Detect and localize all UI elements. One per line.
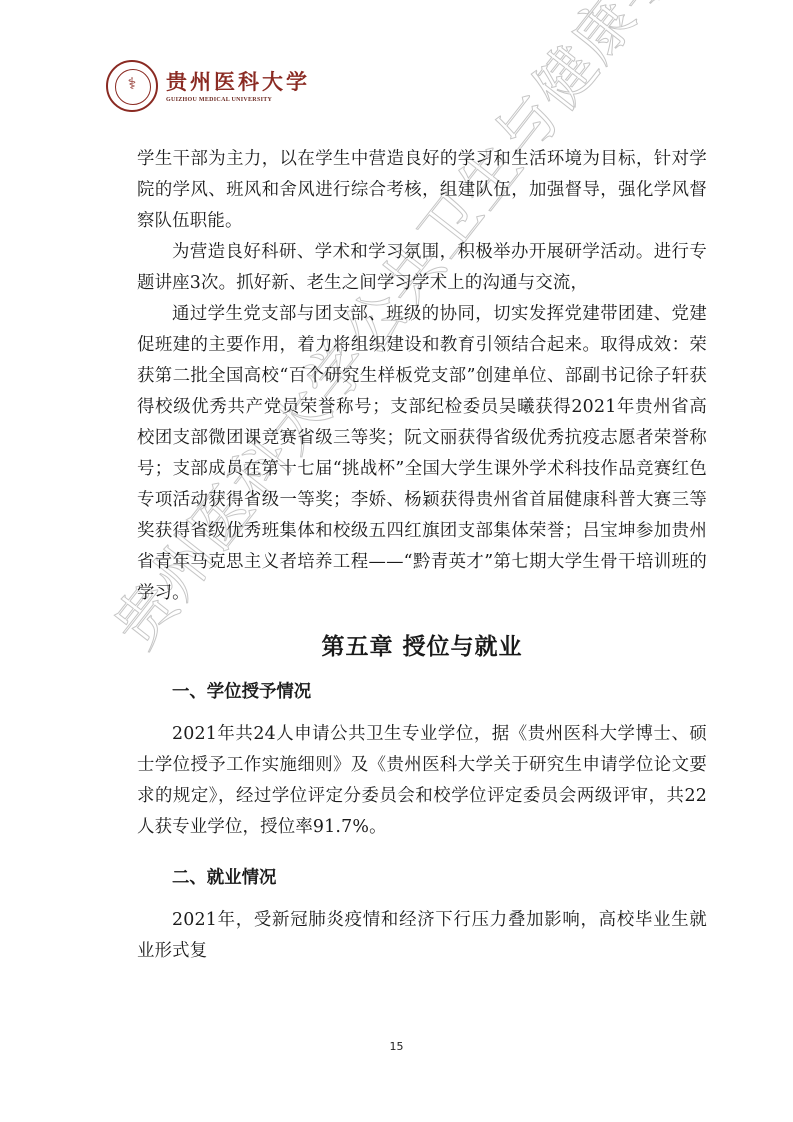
paragraph: 2021年共24人申请公共卫生专业学位，据《贵州医科大学博士、硕士学位授予工作实… — [137, 719, 707, 843]
caduceus-icon: ⚕ — [108, 76, 156, 92]
university-name-en: GUIZHOU MEDICAL UNIVERSITY — [166, 97, 310, 103]
page-number: 15 — [0, 1040, 793, 1053]
document-body: 学生干部为主力，以在学生中营造良好的学习和生活环境为目标，针对学院的学风、班风和… — [137, 144, 707, 967]
university-seal-icon: ⚕ — [106, 60, 158, 112]
chapter-title: 第五章 授位与就业 — [137, 627, 707, 667]
university-brand: 贵州医科大学 GUIZHOU MEDICAL UNIVERSITY — [166, 69, 310, 103]
document-header: ⚕ 贵州医科大学 GUIZHOU MEDICAL UNIVERSITY — [106, 58, 310, 114]
paragraph: 通过学生党支部与团支部、班级的协同，切实发挥党建带团建、党建促班建的主要作用，着… — [137, 299, 707, 609]
paragraph: 为营造良好科研、学术和学习氛围，积极举办开展研学活动。进行专题讲座3次。抓好新、… — [137, 237, 707, 299]
paragraph: 学生干部为主力，以在学生中营造良好的学习和生活环境为目标，针对学院的学风、班风和… — [137, 144, 707, 237]
paragraph: 2021年，受新冠肺炎疫情和经济下行压力叠加影响，高校毕业生就业形式复 — [137, 905, 707, 967]
section-heading: 二、就业情况 — [137, 863, 707, 893]
section-heading: 一、学位授予情况 — [137, 677, 707, 707]
university-name-cn: 贵州医科大学 — [166, 69, 310, 95]
